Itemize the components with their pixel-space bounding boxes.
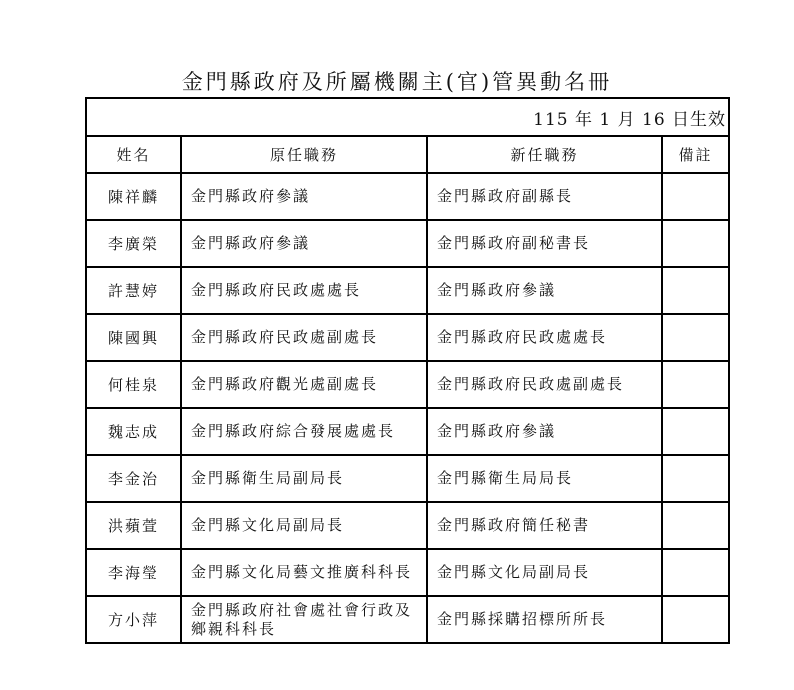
cell-new-position: 金門縣政府副秘書長 — [427, 220, 662, 267]
table-row: 許慧婷 金門縣政府民政處處長 金門縣政府參議 — [86, 267, 729, 314]
cell-name: 方小萍 — [86, 596, 181, 643]
cell-name: 魏志成 — [86, 408, 181, 455]
cell-name: 李廣榮 — [86, 220, 181, 267]
cell-name: 許慧婷 — [86, 267, 181, 314]
table-row: 李金治 金門縣衛生局副局長 金門縣衛生局局長 — [86, 455, 729, 502]
table-row: 李廣榮 金門縣政府參議 金門縣政府副秘書長 — [86, 220, 729, 267]
cell-new-position: 金門縣政府民政處副處長 — [427, 361, 662, 408]
cell-new-position: 金門縣政府民政處處長 — [427, 314, 662, 361]
cell-remarks — [662, 502, 729, 549]
cell-remarks — [662, 173, 729, 220]
cell-original-position: 金門縣政府社會處社會行政及鄉親科科長 — [181, 596, 427, 643]
cell-new-position: 金門縣採購招標所所長 — [427, 596, 662, 643]
cell-name: 李金治 — [86, 455, 181, 502]
cell-original-position: 金門縣文化局藝文推廣科科長 — [181, 549, 427, 596]
header-name: 姓名 — [86, 136, 181, 173]
cell-original-position: 金門縣政府民政處副處長 — [181, 314, 427, 361]
table-row: 陳國興 金門縣政府民政處副處長 金門縣政府民政處處長 — [86, 314, 729, 361]
cell-original-position: 金門縣政府綜合發展處處長 — [181, 408, 427, 455]
cell-remarks — [662, 220, 729, 267]
table-row: 魏志成 金門縣政府綜合發展處處長 金門縣政府參議 — [86, 408, 729, 455]
cell-original-position: 金門縣政府觀光處副處長 — [181, 361, 427, 408]
table-row: 李海瑩 金門縣文化局藝文推廣科科長 金門縣文化局副局長 — [86, 549, 729, 596]
cell-name: 李海瑩 — [86, 549, 181, 596]
header-remarks: 備註 — [662, 136, 729, 173]
cell-new-position: 金門縣政府簡任秘書 — [427, 502, 662, 549]
cell-remarks — [662, 408, 729, 455]
cell-name: 陳國興 — [86, 314, 181, 361]
cell-remarks — [662, 314, 729, 361]
cell-new-position: 金門縣政府副縣長 — [427, 173, 662, 220]
table-row: 洪蘋萱 金門縣文化局副局長 金門縣政府簡任秘書 — [86, 502, 729, 549]
cell-original-position: 金門縣衛生局副局長 — [181, 455, 427, 502]
document-title: 金門縣政府及所屬機關主(官)管異動名冊 — [0, 66, 794, 96]
cell-remarks — [662, 267, 729, 314]
cell-name: 何桂泉 — [86, 361, 181, 408]
cell-original-position: 金門縣文化局副局長 — [181, 502, 427, 549]
cell-name: 洪蘋萱 — [86, 502, 181, 549]
cell-new-position: 金門縣政府參議 — [427, 408, 662, 455]
header-original-position: 原任職務 — [181, 136, 427, 173]
cell-original-position: 金門縣政府參議 — [181, 173, 427, 220]
effective-date: 115 年 1 月 16 日生效 — [86, 98, 729, 136]
header-new-position: 新任職務 — [427, 136, 662, 173]
cell-new-position: 金門縣政府參議 — [427, 267, 662, 314]
personnel-change-table: 115 年 1 月 16 日生效 姓名 原任職務 新任職務 備註 陳祥麟 金門縣… — [85, 97, 730, 644]
cell-original-position: 金門縣政府參議 — [181, 220, 427, 267]
cell-original-position: 金門縣政府民政處處長 — [181, 267, 427, 314]
cell-name: 陳祥麟 — [86, 173, 181, 220]
cell-remarks — [662, 455, 729, 502]
cell-new-position: 金門縣文化局副局長 — [427, 549, 662, 596]
cell-remarks — [662, 549, 729, 596]
table-row: 何桂泉 金門縣政府觀光處副處長 金門縣政府民政處副處長 — [86, 361, 729, 408]
table-header-row: 姓名 原任職務 新任職務 備註 — [86, 136, 729, 173]
table-row: 陳祥麟 金門縣政府參議 金門縣政府副縣長 — [86, 173, 729, 220]
cell-new-position: 金門縣衛生局局長 — [427, 455, 662, 502]
table-row: 方小萍 金門縣政府社會處社會行政及鄉親科科長 金門縣採購招標所所長 — [86, 596, 729, 643]
cell-remarks — [662, 596, 729, 643]
cell-remarks — [662, 361, 729, 408]
